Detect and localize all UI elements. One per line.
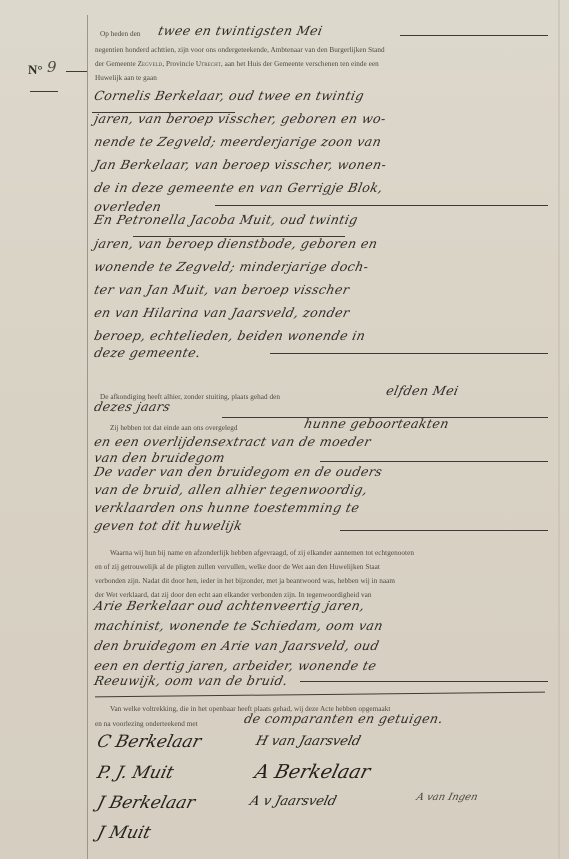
signature-official: A van Ingen xyxy=(415,792,479,803)
marriage-date-handwritten: twee en twintigsten Mei xyxy=(156,23,324,40)
consent-line: verklaarden ons hunne toestemming te xyxy=(92,500,361,517)
signature-witness-1: A Berkelaar xyxy=(253,761,373,783)
record-number-label: N° xyxy=(28,62,43,78)
record-number-underline xyxy=(30,91,58,92)
bride-line: beroep, echtelieden, beiden wonende in xyxy=(92,328,367,345)
right-edge xyxy=(558,0,560,859)
record-number-value: 9 xyxy=(47,58,57,76)
intro-line-1: Op heden den xyxy=(100,28,141,42)
municipality-name: Zegveld xyxy=(138,60,163,68)
bride-line: jaren, van beroep dienstbode, geboren en xyxy=(92,236,379,253)
bride-end-rule xyxy=(270,353,548,354)
witness-line: machinist, wonende te Schiedam, oom van xyxy=(92,618,384,635)
groom-line: nende te Zegveld; meerderjarige zoon van xyxy=(92,134,383,151)
section-divider xyxy=(95,692,545,698)
groom-end-rule xyxy=(215,205,548,206)
witness-line: Reeuwijk, oom van de bruid. xyxy=(92,673,289,690)
intro-line-3: der Gemeente Zegveld, Provincie Utrecht,… xyxy=(95,58,379,72)
consent-line: geven tot dit huwelijk xyxy=(92,518,243,535)
left-margin-rule xyxy=(87,15,88,859)
consent-line: van de bruid, allen alhier tegenwoordig, xyxy=(92,482,369,499)
intro-line-3-suffix: aan het Huis der Gemeente verschenen ten… xyxy=(225,60,379,68)
intro-date-prefix: Op heden den xyxy=(100,30,141,38)
closing-handwritten: de comparanten en getuigen. xyxy=(242,711,444,728)
proclamation-date-handwritten: elfden Mei xyxy=(384,383,460,400)
bride-line: ter van Jan Muit, van beroep visscher xyxy=(92,282,351,299)
groom-line: Cornelis Berkelaar, oud twee en twintig xyxy=(92,88,365,105)
signature-groom: C Berkelaar xyxy=(95,732,203,752)
bride-line: wonende te Zegveld; minderjarige doch- xyxy=(92,259,370,276)
province-name: Utrecht xyxy=(196,60,221,68)
date-fill-rule xyxy=(400,35,548,36)
closing-line-2: en na voorlezing onderteekend met xyxy=(95,718,198,732)
groom-line: Jan Berkelaar, van beroep visscher, wone… xyxy=(92,157,388,174)
witness-end-rule xyxy=(300,681,548,682)
province-prefix: Provincie xyxy=(166,60,194,68)
witness-line: den bruidegom en Arie van Jaarsveld, oud xyxy=(92,638,380,655)
proclamation-year-handwritten: dezes jaars xyxy=(92,399,171,416)
consent-line: De vader van den bruidegom en de ouders xyxy=(92,464,383,481)
intro-line-4: Huwelijk aan te gaan xyxy=(95,72,157,86)
documents-handwritten-first: hunne geboorteakten xyxy=(302,416,450,433)
witness-line: Arie Berkelaar oud achtenveertig jaren, xyxy=(92,598,366,615)
declaration-line: Waarna wij hun bij name en afzonderlijk … xyxy=(110,547,414,561)
municipality-prefix: der Gemeente xyxy=(95,60,136,68)
bride-line: En Petronella Jacoba Muit, oud twintig xyxy=(92,212,359,229)
civil-record-page: N° 9 Op heden den twee en twintigsten Me… xyxy=(0,0,569,859)
record-number-dash xyxy=(66,71,87,72)
signature-bride: P. J. Muit xyxy=(95,763,176,783)
groom-line: jaren, van beroep visscher, geboren en w… xyxy=(92,111,387,128)
documents-line: en een overlijdensextract van de moeder xyxy=(92,434,372,451)
intro-line-2: negentien honderd achttien, zijn voor on… xyxy=(95,44,385,58)
signature-mother-bride: H van Jaarsveld xyxy=(254,734,362,749)
bride-line: deze gemeente. xyxy=(92,345,202,362)
consent-end-rule xyxy=(340,530,548,531)
groom-line: de in deze gemeente en van Gerrigje Blok… xyxy=(92,180,384,197)
declaration-line: verbonden zijn. Nadat dit door hen, iede… xyxy=(95,575,395,589)
signature-witness-2: A v Jaarsveld xyxy=(248,794,338,809)
declaration-line: en of zij getrouwelijk al de pligten zul… xyxy=(95,561,380,575)
signature-father-groom: J Berkelaar xyxy=(95,793,197,813)
signature-father-bride: J Muit xyxy=(95,823,153,843)
bride-line: en van Hilarina van Jaarsveld, zonder xyxy=(92,305,351,322)
documents-end-rule xyxy=(320,461,548,462)
